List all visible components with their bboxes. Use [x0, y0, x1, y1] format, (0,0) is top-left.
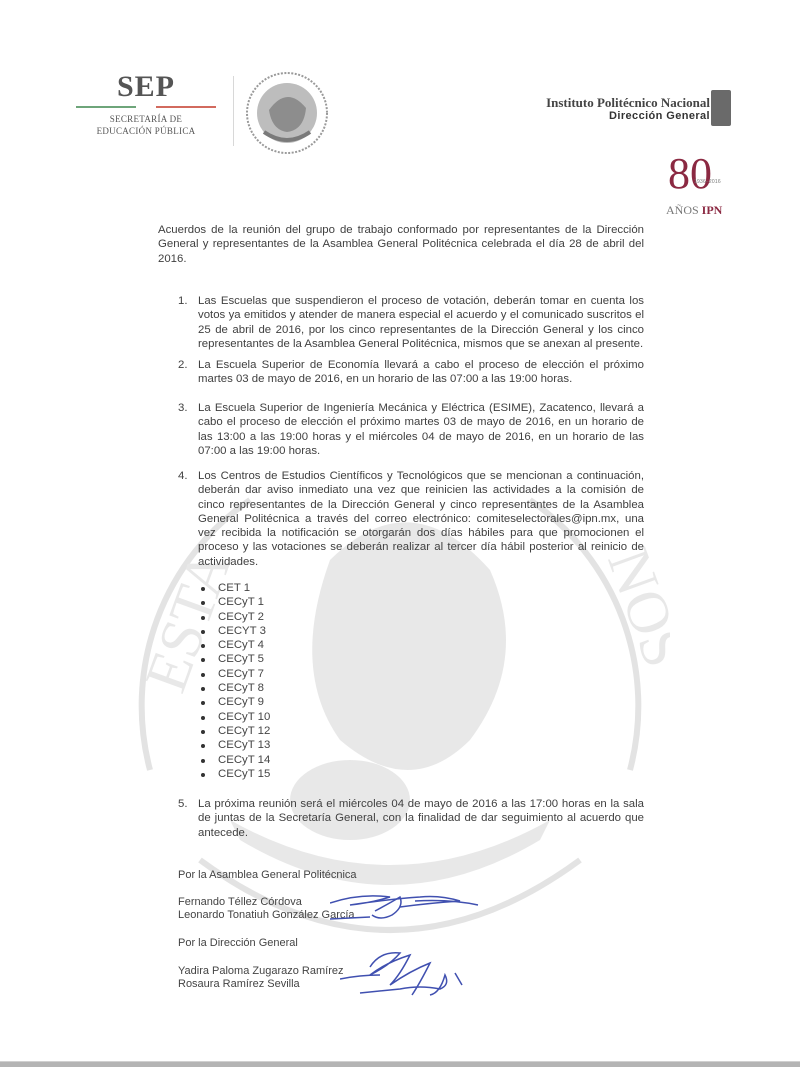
- item-number: 4.: [178, 469, 196, 483]
- list-item: CECyT 8: [198, 681, 270, 695]
- signatory-group-label: Por la Asamblea General Politécnica: [178, 869, 357, 882]
- bullet-icon: [201, 601, 205, 605]
- item-text: La Escuela Superior de Economía llevará …: [198, 358, 644, 387]
- document-intro: Acuerdos de la reunión del grupo de trab…: [158, 223, 644, 266]
- ipn-emblem-icon: [711, 90, 731, 126]
- header-divider: [233, 76, 234, 146]
- sep-subtitle-1: SECRETARÍA DE: [76, 113, 216, 125]
- agreement-item: 5. La próxima reunión será el miércoles …: [178, 797, 644, 840]
- signatory-name: Rosaura Ramírez Sevilla: [178, 978, 343, 991]
- ipn-header: Instituto Politécnico Nacional Dirección…: [546, 96, 710, 123]
- bullet-icon: [201, 673, 205, 677]
- viewer-bottom-bar: [0, 1061, 800, 1067]
- list-item: CECyT 7: [198, 667, 270, 681]
- bullet-icon: [201, 687, 205, 691]
- list-item: CET 1: [198, 581, 270, 595]
- agreement-item: 2. La Escuela Superior de Economía lleva…: [178, 358, 644, 387]
- agreement-item: 3. La Escuela Superior de Ingeniería Mec…: [178, 401, 644, 458]
- bullet-icon: [201, 616, 205, 620]
- signature-icon: [340, 945, 470, 1005]
- item-text: La próxima reunión será el miércoles 04 …: [198, 797, 644, 840]
- list-item: CECyT 13: [198, 738, 270, 752]
- item-number: 5.: [178, 797, 196, 811]
- ipn-name: Instituto Politécnico Nacional: [546, 96, 710, 110]
- item-text: Las Escuelas que suspendieron el proceso…: [198, 294, 644, 351]
- signatory-name: Leonardo Tonatiuh González García: [178, 909, 355, 922]
- bullet-icon: [201, 630, 205, 634]
- item-number: 2.: [178, 358, 196, 372]
- signatory-name: Fernando Téllez Córdova: [178, 896, 355, 909]
- bullet-icon: [201, 773, 205, 777]
- bullet-icon: [201, 658, 205, 662]
- anniversary-label-brand: IPN: [702, 203, 723, 217]
- item-number: 3.: [178, 401, 196, 415]
- list-item: CECYT 3: [198, 624, 270, 638]
- signatory-name: Yadira Paloma Zugarazo Ramírez: [178, 965, 343, 978]
- sep-subtitle-2: EDUCACIÓN PÚBLICA: [76, 125, 216, 137]
- list-item: CECyT 5: [198, 652, 270, 666]
- bullet-icon: [201, 701, 205, 705]
- sep-title: SEP: [76, 72, 216, 102]
- item-number: 1.: [178, 294, 196, 308]
- anniversary-label: AÑOS IPN: [666, 203, 722, 218]
- ipn-department: Dirección General: [546, 110, 710, 123]
- list-item: CECyT 1: [198, 595, 270, 609]
- list-item: CECyT 15: [198, 767, 270, 781]
- bullet-icon: [201, 644, 205, 648]
- document-page: ESTA NOS SEP SECRETARÍA DE EDUCACIÓN PÚB…: [0, 0, 800, 1050]
- red-line: [156, 106, 216, 108]
- list-item: CECyT 14: [198, 753, 270, 767]
- item-text: Los Centros de Estudios Científicos y Te…: [198, 469, 644, 569]
- mexican-seal-icon: [244, 70, 330, 156]
- signatory-names: Yadira Paloma Zugarazo Ramírez Rosaura R…: [178, 965, 343, 991]
- signatory-group-label: Por la Dirección General: [178, 937, 298, 950]
- list-item: CECyT 9: [198, 695, 270, 709]
- list-item: CECyT 10: [198, 710, 270, 724]
- bullet-icon: [201, 716, 205, 720]
- sep-color-lines: [76, 106, 216, 108]
- agreement-item: 1. Las Escuelas que suspendieron el proc…: [178, 294, 644, 351]
- agreement-item: 4. Los Centros de Estudios Científicos y…: [178, 469, 644, 569]
- bullet-icon: [201, 730, 205, 734]
- bullet-icon: [201, 744, 205, 748]
- sep-logo: SEP SECRETARÍA DE EDUCACIÓN PÚBLICA: [76, 72, 216, 137]
- list-item: CECyT 2: [198, 610, 270, 624]
- bullet-icon: [201, 587, 205, 591]
- anniversary-logo: 80 1936–2016 AÑOS IPN: [660, 160, 730, 220]
- bullet-icon: [201, 759, 205, 763]
- anniversary-label-prefix: AÑOS: [666, 203, 699, 217]
- green-line: [76, 106, 136, 108]
- school-list: CET 1 CECyT 1 CECyT 2 CECYT 3 CECyT 4 CE…: [198, 581, 270, 781]
- item-text: La Escuela Superior de Ingeniería Mecáni…: [198, 401, 644, 458]
- anniversary-years: 1936–2016: [694, 179, 721, 185]
- anniversary-number: 80: [668, 150, 712, 198]
- list-item: CECyT 4: [198, 638, 270, 652]
- signatory-names: Fernando Téllez Córdova Leonardo Tonatiu…: [178, 896, 355, 922]
- list-item: CECyT 12: [198, 724, 270, 738]
